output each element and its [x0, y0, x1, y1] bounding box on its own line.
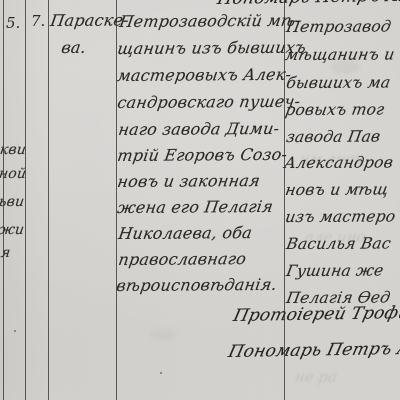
- left-margin-text-fragment: ьви: [0, 194, 25, 210]
- scan-speck: [358, 186, 360, 188]
- godparents-text-line: мѣщанинъ и: [284, 45, 396, 64]
- parents-text-line: Петрозаводскій мѣ-: [118, 11, 302, 31]
- parents-text-line: сандровскаго пушеч-: [116, 92, 302, 112]
- parents-text-line: щанинъ изъ бывшихъ: [116, 38, 307, 58]
- left-margin-text-fragment: ной: [0, 166, 27, 182]
- previous-record-officiant-signature-partial: Пономарь Петръ Алекс: [215, 0, 400, 9]
- left-margin-text-fragment: кви: [0, 142, 27, 158]
- godparents-text-line: новъ и мѣщ: [284, 180, 390, 199]
- parents-text-line: наго завода Дими-: [117, 119, 281, 139]
- godparents-text-line: ровыхъ тог: [284, 100, 386, 119]
- table-column-rule: [116, 0, 117, 400]
- table-column-rule: [48, 0, 49, 400]
- record-counter-right: 7.: [31, 12, 45, 30]
- scan-smudge: [150, 330, 176, 340]
- scan-speck: [160, 372, 162, 374]
- scan-speck: [14, 330, 16, 332]
- parents-text-line: новъ и законная: [116, 171, 261, 191]
- godparents-text-line: бывшихъ ма: [285, 73, 392, 92]
- table-column-rule: [25, 0, 26, 400]
- godparents-text-line: Гушина же: [285, 261, 385, 280]
- bleed-through-ghost-text: не ра: [294, 368, 339, 386]
- parents-text-line: трій Егоровъ Созо-: [116, 145, 289, 165]
- ponomar-signature: Пономарь Петръ Алек: [226, 338, 400, 362]
- record-counter-left: 5.: [6, 14, 20, 32]
- parents-text-line: вѣроисповѣданія.: [115, 275, 278, 295]
- priest-signature: Протоіерей Трофим: [231, 303, 400, 326]
- godparents-text-line: изъ мастеро: [284, 207, 397, 226]
- parents-text-line: жена его Пелагія: [116, 197, 274, 217]
- left-margin-text-fragment: я: [0, 245, 11, 261]
- bleed-through-ghost-text: але ино: [304, 228, 368, 246]
- born-name-line2: ва.: [60, 38, 87, 57]
- parents-text-line: православнаго: [117, 249, 247, 269]
- bleed-through-ghost-text: им анеи: [299, 150, 366, 168]
- document-page: 5. 7. Параске- ва. кви ной ьви жи я Петр…: [0, 0, 400, 400]
- parents-text-line: мастеровыхъ Алек-: [116, 65, 293, 85]
- godparents-text-line: Петрозавод: [285, 17, 393, 36]
- godparents-text-line: завода Пав: [285, 128, 382, 146]
- parents-text-line: Николаева, оба: [117, 223, 253, 243]
- left-margin-text-fragment: жи: [0, 222, 25, 238]
